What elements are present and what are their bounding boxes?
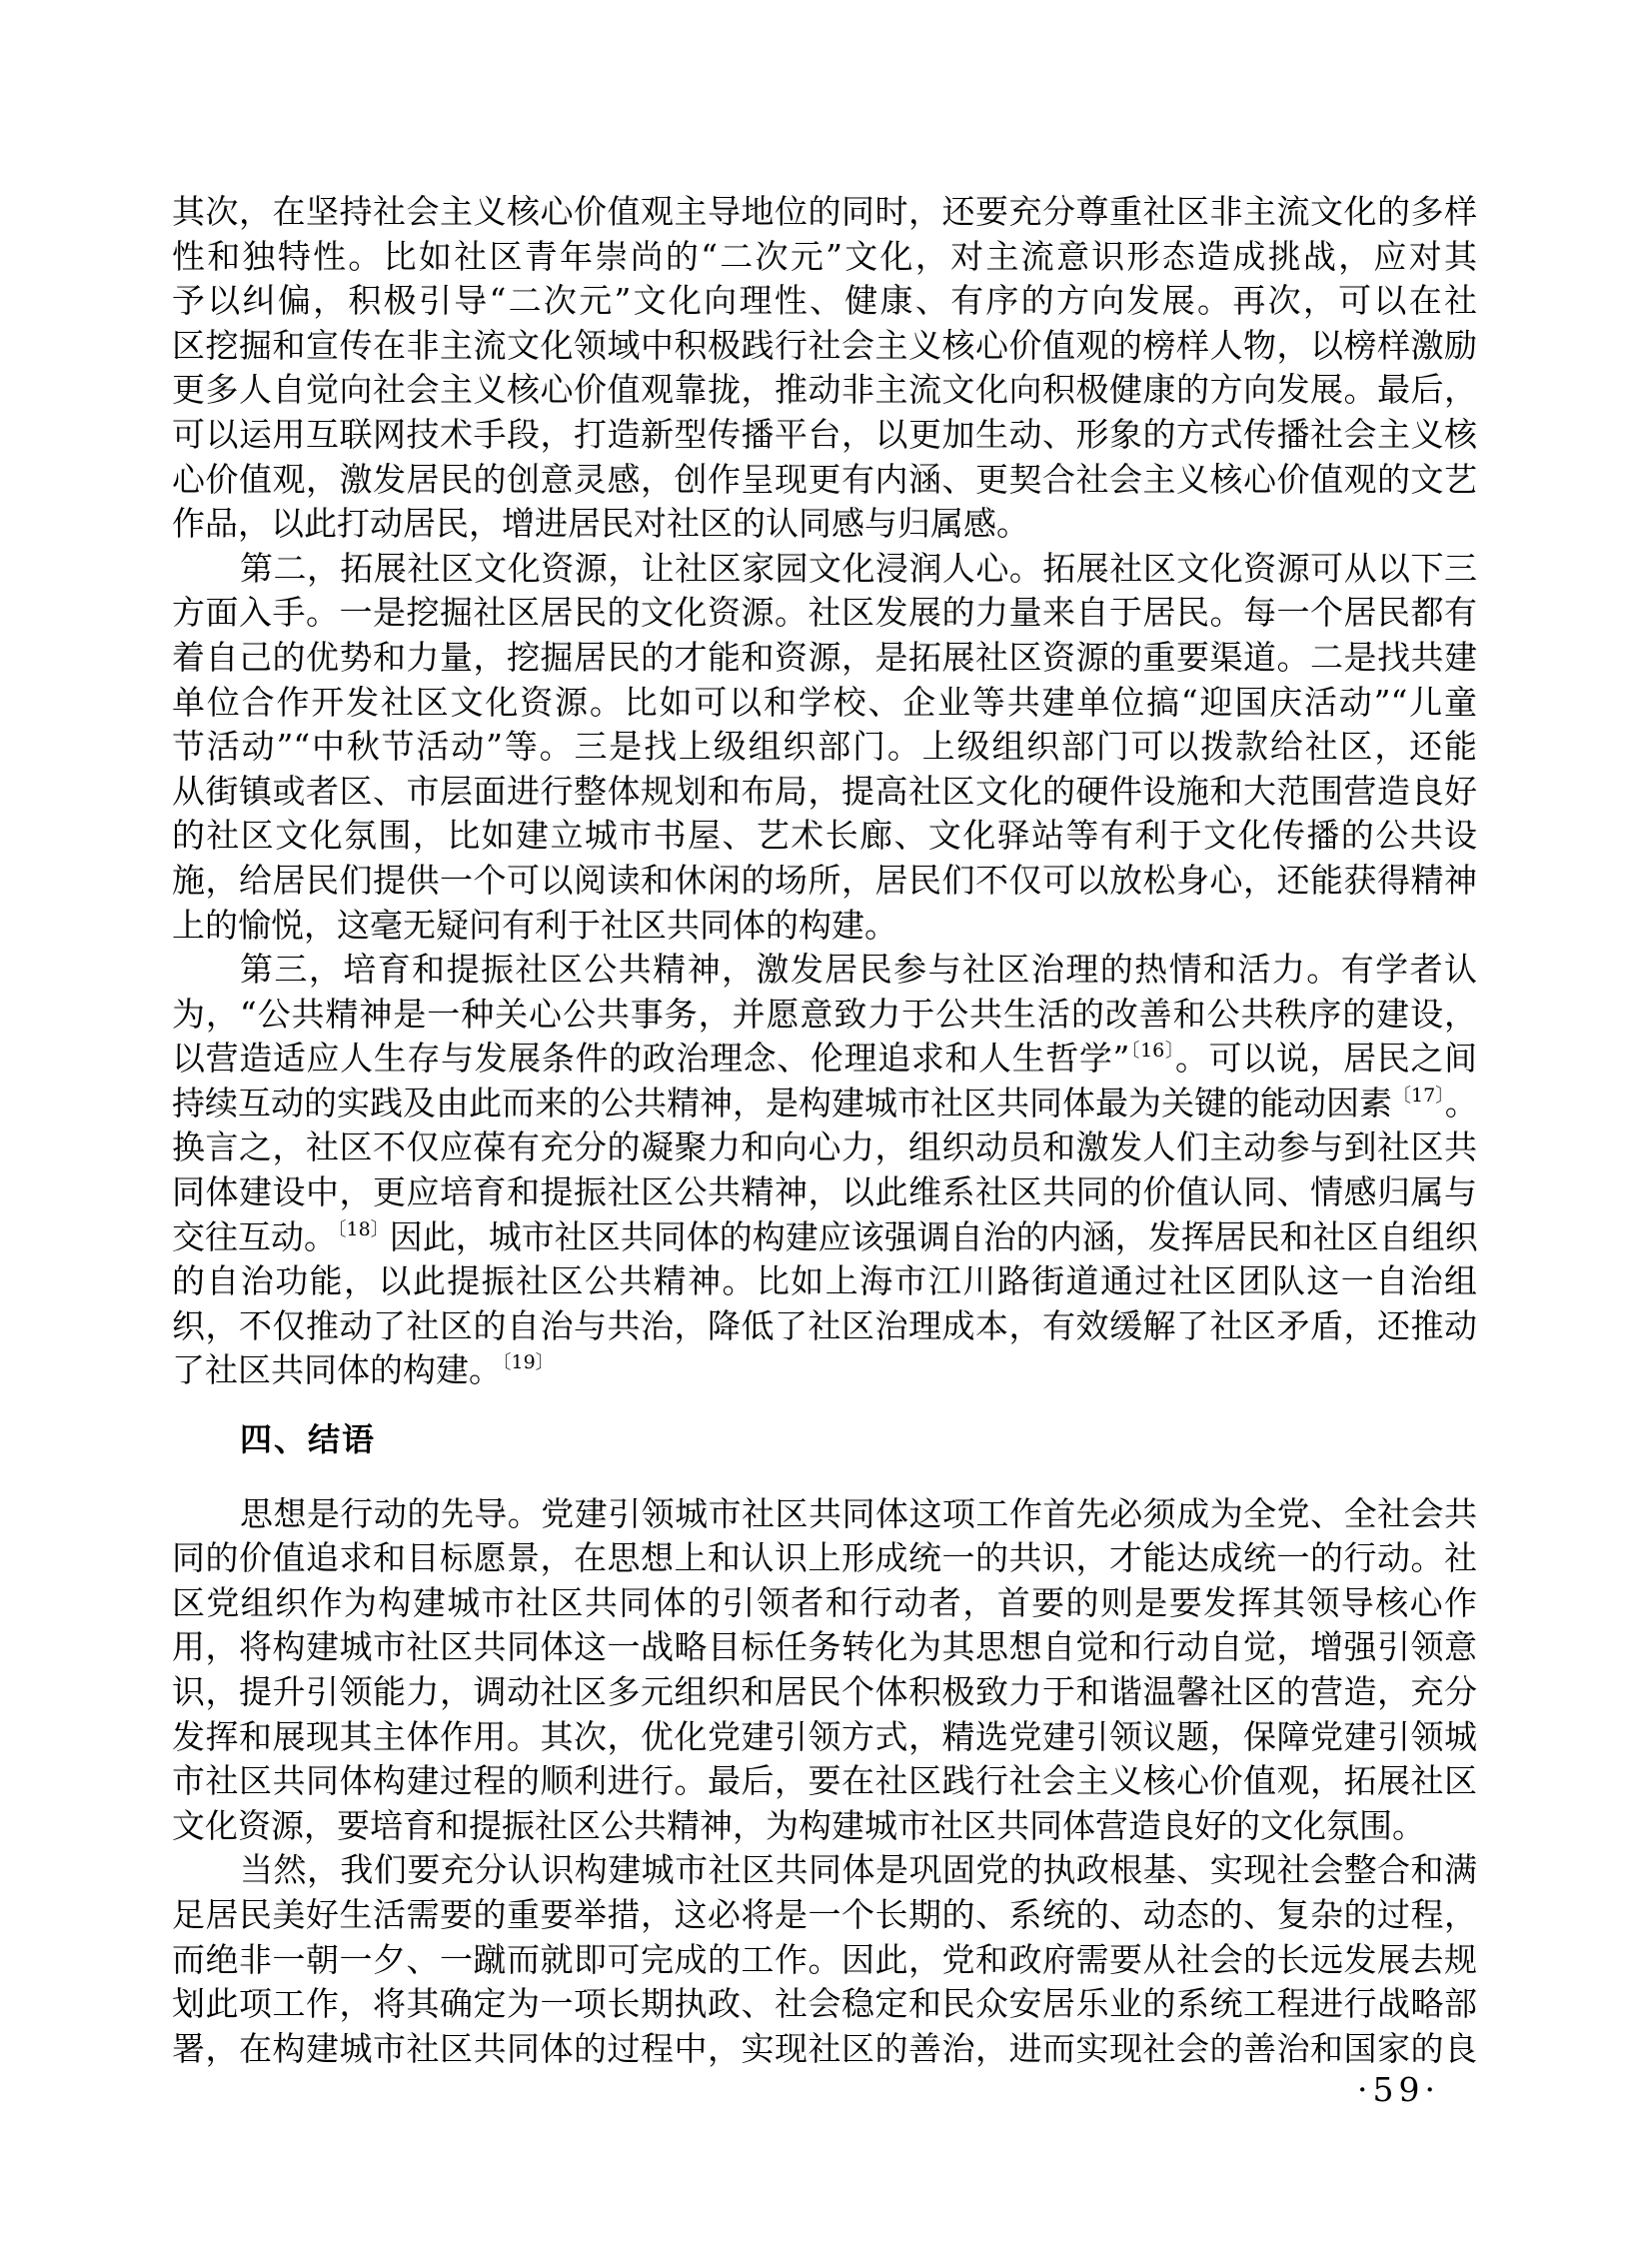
text-line: 着自己的优势和力量，挖掘居民的才能和资源，是拓展社区资源的重要渠道。二是找共建 [172,636,1477,681]
text-line: 同的价值追求和目标愿景，在思想上和认识上形成统一的共识，才能达成统一的行动。社 [172,1536,1477,1581]
text-line: 施，给居民们提供一个可以阅读和休闲的场所，居民们不仅可以放松身心，还能获得精神 [172,859,1477,904]
text-line: 为，“公共精神是一种关心公共事务，并愿意致力于公共生活的改善和公共秩序的建设， [172,993,1477,1038]
paragraph: 其次，在坚持社会主义核心价值观主导地位的同时，还要充分尊重社区非主流文化的多样性… [172,190,1477,547]
text-line: 文化资源，要培育和提振社区公共精神，为构建城市社区共同体营造良好的文化氛围。 [172,1804,1477,1849]
text-line: 署，在构建城市社区共同体的过程中，实现社区的善治，进而实现社会的善治和国家的良 [172,2027,1477,2072]
text-line: 用，将构建城市社区共同体这一战略目标任务转化为其思想自觉和行动自觉，增强引领意 [172,1625,1477,1670]
text-line: 心价值观，激发居民的创意灵感，创作呈现更有内涵、更契合社会主义核心价值观的文艺 [172,458,1477,503]
text-line: 以营造适应人生存与发展条件的政治理念、伦理追求和人生哲学”〔16〕。可以说，居民… [172,1037,1477,1082]
text-line: 区挖掘和宣传在非主流文化领域中积极践行社会主义核心价值观的榜样人物，以榜样激励 [172,324,1477,369]
text-line: 上的愉悦，这毫无疑问有利于社区共同体的构建。 [172,904,1477,949]
text-line: 其次，在坚持社会主义核心价值观主导地位的同时，还要充分尊重社区非主流文化的多样 [172,190,1477,235]
text-line: 从街镇或者区、市层面进行整体规划和布局，提高社区文化的硬件设施和大范围营造良好 [172,770,1477,815]
text-line: 换言之，社区不仅应葆有充分的凝聚力和向心力，组织动员和激发人们主动参与到社区共 [172,1125,1477,1170]
citation-ref: 〔18〕 [337,1218,390,1240]
paragraph: 第三，培育和提振社区公共精神，激发居民参与社区治理的热情和活力。有学者认为，“公… [172,948,1477,1393]
text-line: 的自治功能，以此提振社区公共精神。比如上海市江川路街道通过社区团队这一自治组 [172,1259,1477,1304]
section-heading: 四、结语 [240,1417,1477,1462]
text-line: 市社区共同体构建过程的顺利进行。最后，要在社区践行社会主义核心价值观，拓展社区 [172,1759,1477,1804]
text-line: 予以纠偏，积极引导“二次元”文化向理性、健康、有序的方向发展。再次，可以在社 [172,279,1477,324]
document-page: 其次，在坚持社会主义核心价值观主导地位的同时，还要充分尊重社区非主流文化的多样性… [0,0,1652,2243]
text-line: 同体建设中，更应培育和提振社区公共精神，以此维系社区共同的价值认同、情感归属与 [172,1170,1477,1215]
text-line: 方面入手。一是挖掘社区居民的文化资源。社区发展的力量来自于居民。每一个居民都有 [172,591,1477,636]
text-line: 第三，培育和提振社区公共精神，激发居民参与社区治理的热情和活力。有学者认 [172,948,1477,993]
text-line: 节活动”“中秋节活动”等。三是找上级组织部门。上级组织部门可以拨款给社区，还能 [172,725,1477,770]
text-line: 更多人自觉向社会主义核心价值观靠拢，推动非主流文化向积极健康的方向发展。最后， [172,368,1477,413]
text-line: 识，提升引领能力，调动社区多元组织和居民个体积极致力于和谐温馨社区的营造，充分 [172,1670,1477,1715]
page-number: ·59· [1357,2073,1440,2106]
text-line: 足居民美好生活需要的重要举措，这必将是一个长期的、系统的、动态的、复杂的过程， [172,1893,1477,1938]
text-line: 的社区文化氛围，比如建立城市书屋、艺术长廊、文化驿站等有利于文化传播的公共设 [172,814,1477,859]
text-line: 作品，以此打动居民，增进居民对社区的认同感与归属感。 [172,502,1477,547]
paragraph: 思想是行动的先导。党建引领城市社区共同体这项工作首先必须成为全党、全社会共同的价… [172,1492,1477,1849]
citation-ref: 〔16〕 [1129,1040,1175,1062]
citation-ref: 〔17〕 [1392,1085,1445,1107]
text-line: 发挥和展现其主体作用。其次，优化党建引领方式，精选党建引领议题，保障党建引领城 [172,1715,1477,1760]
article-body: 其次，在坚持社会主义核心价值观主导地位的同时，还要充分尊重社区非主流文化的多样性… [172,190,1477,2071]
text-line: 持续互动的实践及由此而来的公共精神，是构建城市社区共同体最为关键的能动因素〔17… [172,1082,1477,1126]
citation-ref: 〔19〕 [502,1351,555,1373]
text-line: 划此项工作，将其确定为一项长期执政、社会稳定和民众安居乐业的系统工程进行战略部 [172,1982,1477,2027]
text-line: 思想是行动的先导。党建引领城市社区共同体这项工作首先必须成为全党、全社会共 [172,1492,1477,1537]
text-line: 单位合作开发社区文化资源。比如可以和学校、企业等共建单位搞“迎国庆活动”“儿童 [172,681,1477,726]
paragraph: 第二，拓展社区文化资源，让社区家园文化浸润人心。拓展社区文化资源可从以下三方面入… [172,547,1477,948]
text-line: 第二，拓展社区文化资源，让社区家园文化浸润人心。拓展社区文化资源可从以下三 [172,547,1477,592]
text-line: 当然，我们要充分认识构建城市社区共同体是巩固党的执政根基、实现社会整合和满 [172,1848,1477,1893]
text-line: 可以运用互联网技术手段，打造新型传播平台，以更加生动、形象的方式传播社会主义核 [172,413,1477,458]
text-line: 织，不仅推动了社区的自治与共治，降低了社区治理成本，有效缓解了社区矛盾，还推动 [172,1304,1477,1349]
text-line: 性和独特性。比如社区青年崇尚的“二次元”文化，对主流意识形态造成挑战，应对其 [172,235,1477,280]
text-line: 区党组织作为构建城市社区共同体的引领者和行动者，首要的则是要发挥其领导核心作 [172,1581,1477,1626]
text-line: 了社区共同体的构建。〔19〕 [172,1348,1477,1393]
paragraph: 当然，我们要充分认识构建城市社区共同体是巩固党的执政根基、实现社会整合和满足居民… [172,1848,1477,2071]
text-line: 而绝非一朝一夕、一蹴而就即可完成的工作。因此，党和政府需要从社会的长远发展去规 [172,1938,1477,1983]
text-line: 交往互动。〔18〕因此，城市社区共同体的构建应该强调自治的内涵，发挥居民和社区自… [172,1215,1477,1260]
